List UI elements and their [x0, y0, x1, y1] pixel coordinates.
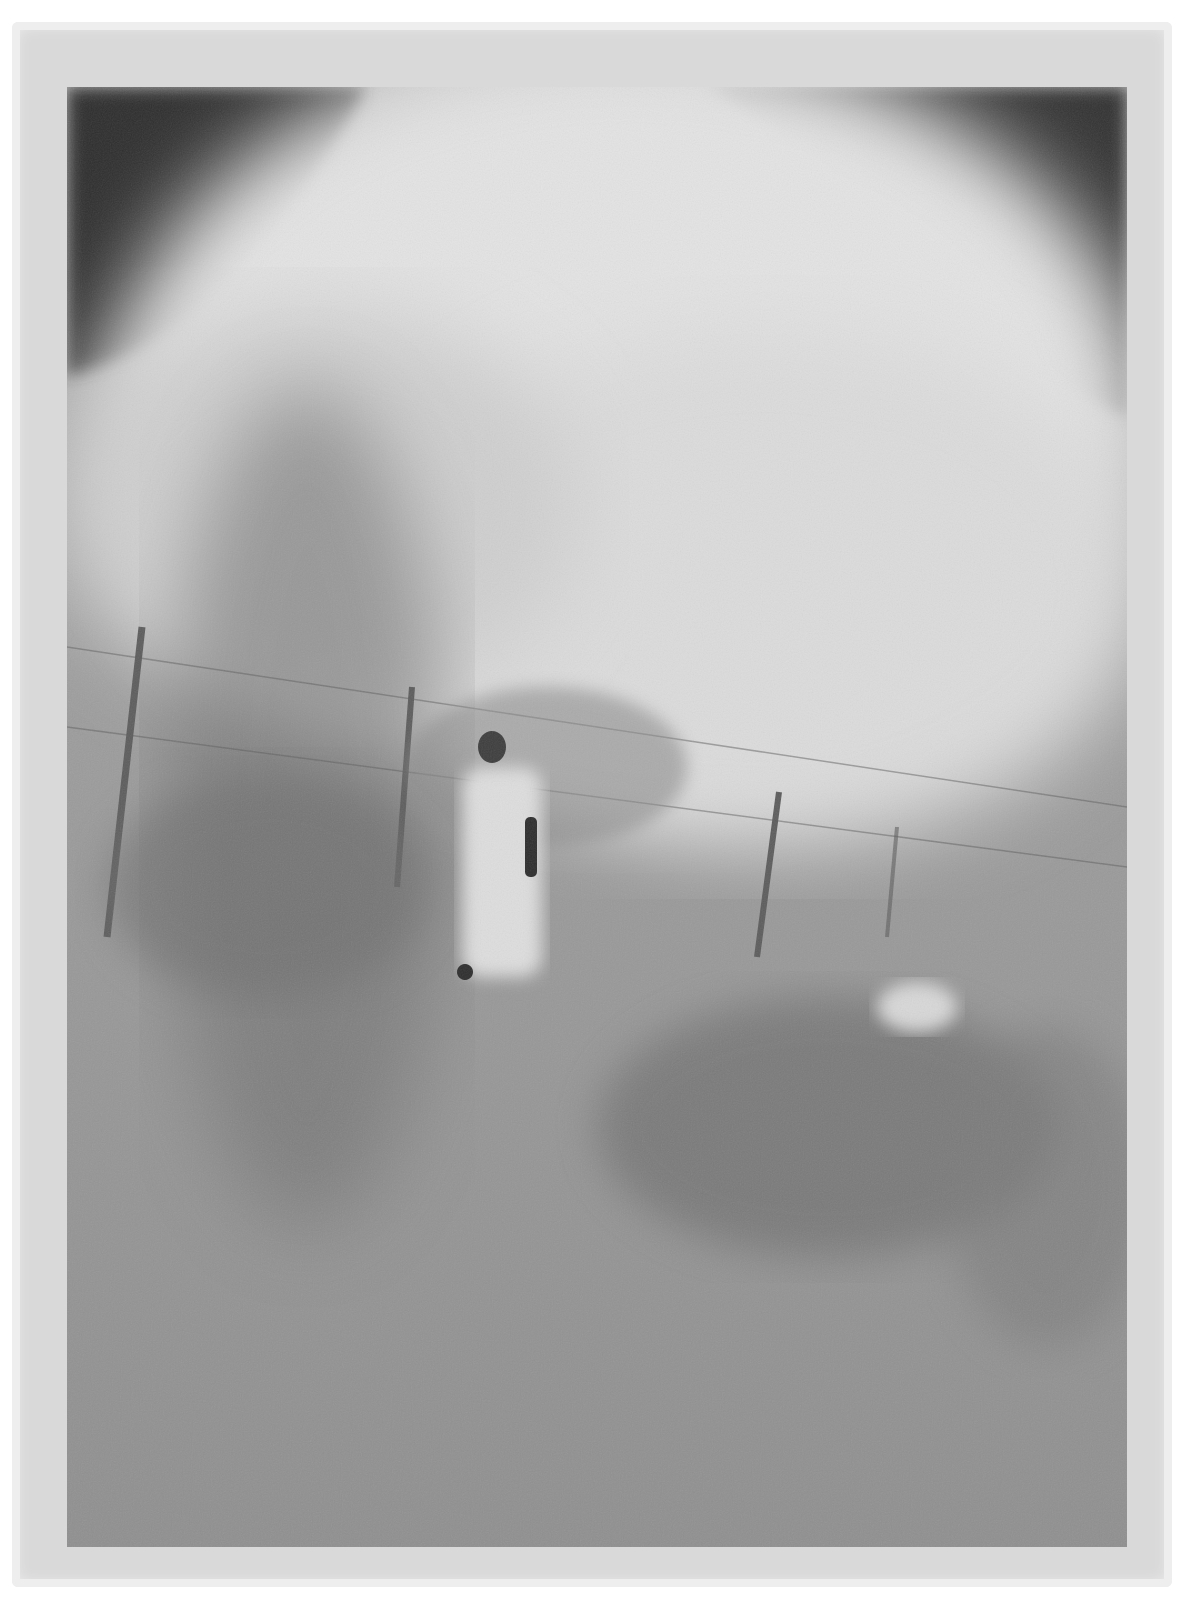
- glass-plate: [12, 22, 1172, 1587]
- scene-illustration: [67, 87, 1127, 1547]
- negative-image: [67, 87, 1127, 1547]
- film-grain: [67, 87, 1127, 1547]
